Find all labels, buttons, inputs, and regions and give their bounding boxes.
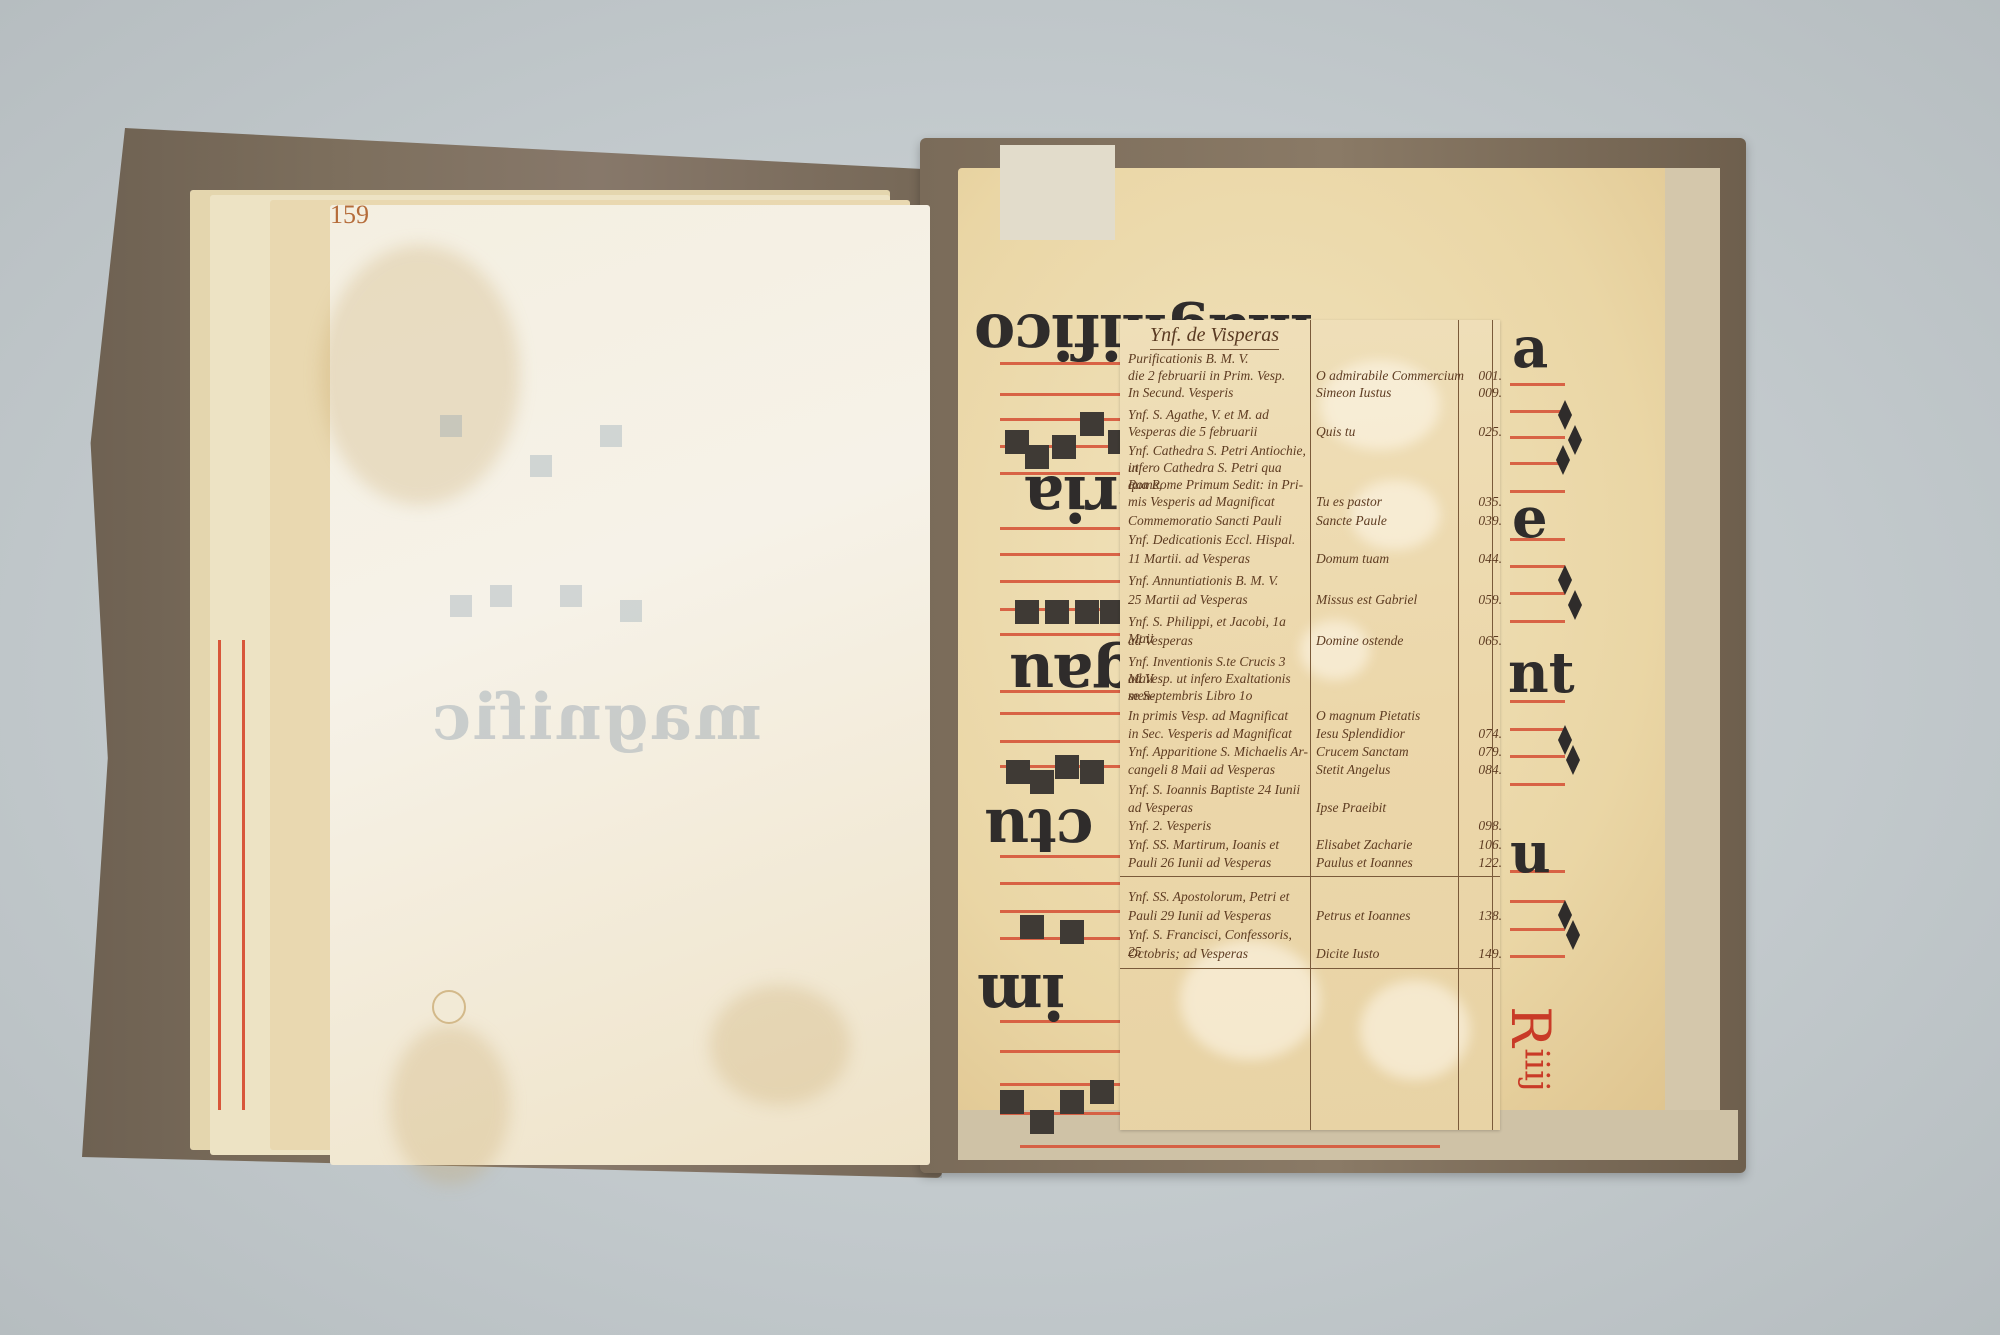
show-through-text: magnific (430, 680, 762, 755)
gothic-text: ctu (985, 795, 1093, 868)
red-rubric: iiij (1517, 1048, 1557, 1091)
index-title: Ynf. de Visperas (1150, 324, 1279, 350)
gothic-text: u (1510, 820, 1551, 886)
red-initial: R (1499, 1006, 1562, 1047)
gothic-text: im (978, 960, 1065, 1033)
gothic-text: gau (1010, 640, 1136, 713)
damaged-margin (1665, 168, 1720, 1158)
repair-patch (1000, 145, 1115, 240)
leaf-edge-staff-lines (214, 640, 254, 1110)
vellum-hole (432, 990, 466, 1024)
gothic-text: nt (1508, 640, 1575, 706)
gothic-text: a (1512, 315, 1548, 381)
gothic-text: e (1512, 485, 1548, 551)
handwritten-index-sheet: Ynf. de Visperas Purificationis B. M. V.… (1120, 320, 1500, 1130)
folio-number: 159 (330, 200, 369, 230)
